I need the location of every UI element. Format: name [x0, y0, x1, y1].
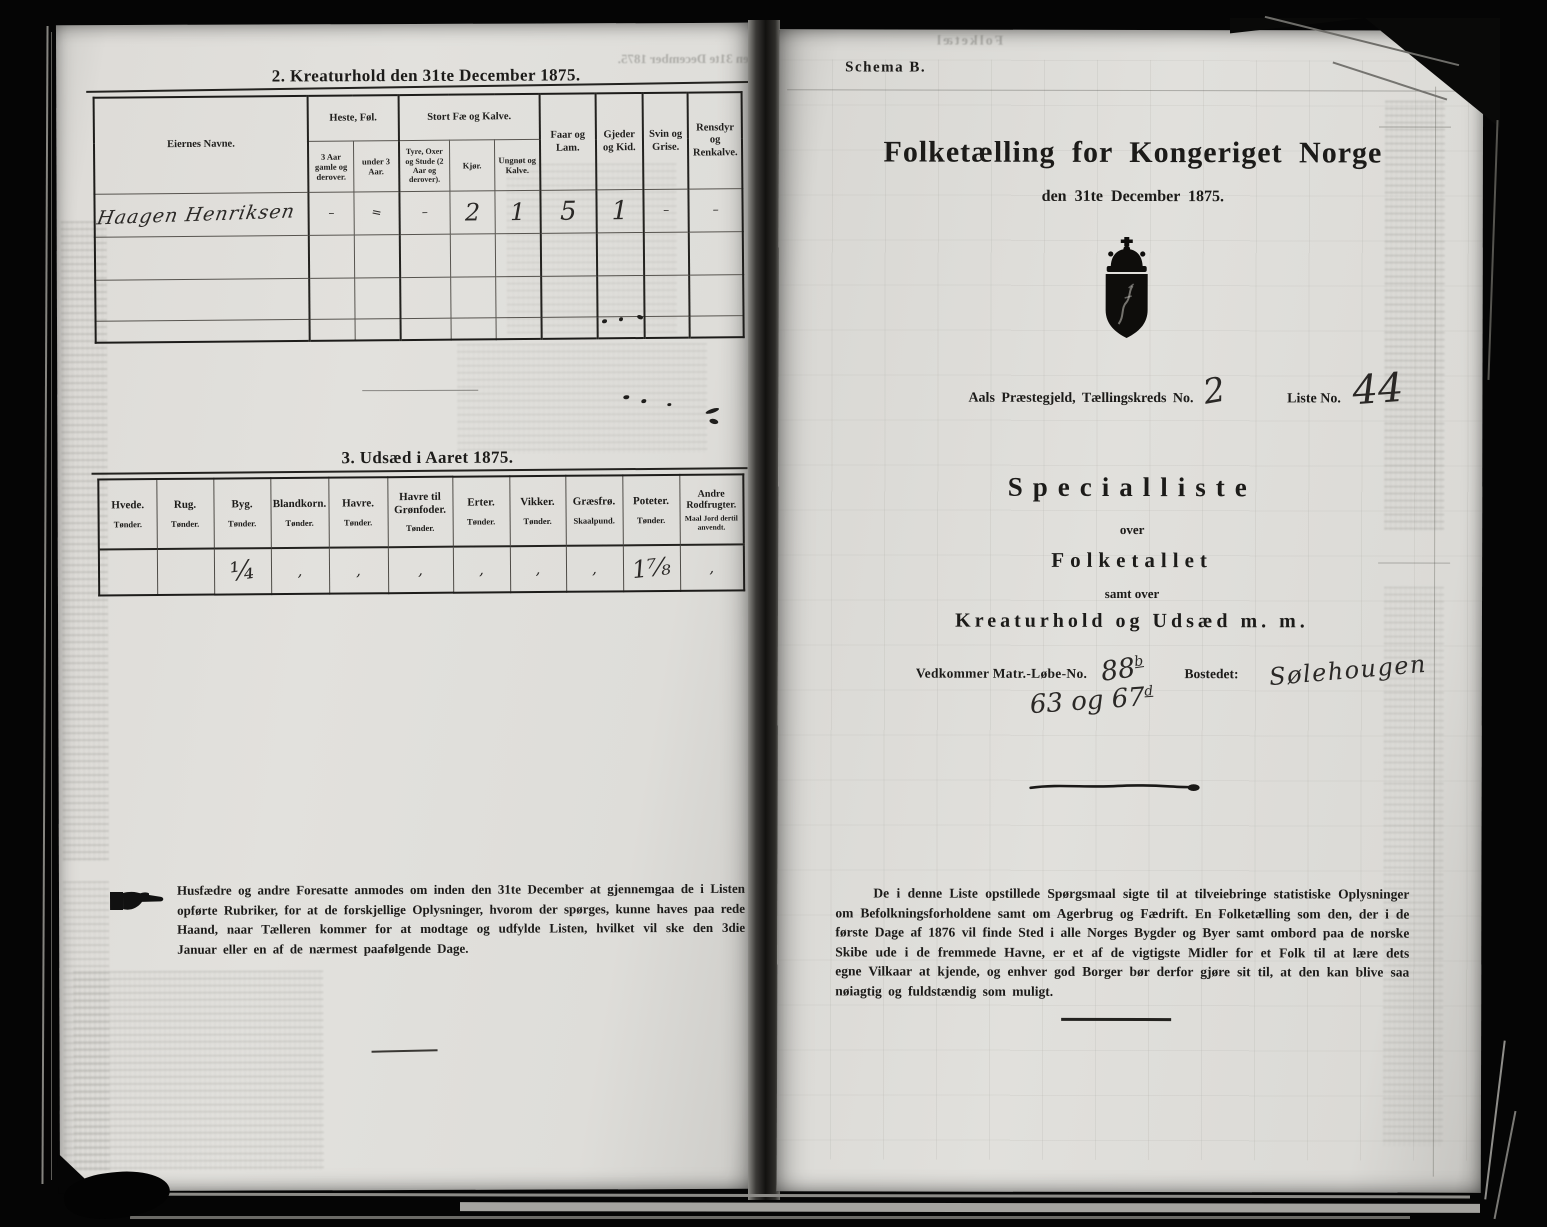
specialliste-kreaturhold: Kreaturhold og Udsæd m. m.	[782, 609, 1482, 633]
value-cell: ,	[566, 545, 623, 591]
value-cell	[99, 549, 157, 595]
value-cell: ,	[388, 547, 453, 594]
specialliste-samt-over: samt over	[782, 585, 1482, 602]
col-vetches: Vikker.Tønder.	[509, 476, 566, 546]
short-rule	[1061, 1018, 1171, 1021]
handwritten-district-number: 2	[1200, 370, 1228, 413]
specialliste-folketallet: Folketallet	[782, 547, 1482, 573]
value-cell: –	[308, 192, 354, 235]
specialliste-heading: Specialliste	[782, 471, 1482, 503]
handwritten-liste-number: 44	[1351, 365, 1405, 414]
col-potatoes: Poteter.Tønder.	[622, 475, 680, 545]
ink-squiggle	[709, 418, 719, 425]
col-header-sheep: Faar og Lam.	[540, 93, 596, 190]
schema-label: Schema B.	[845, 59, 926, 76]
table3-title: 3. Udsæd i Aaret 1875.	[187, 447, 667, 469]
value-cell: ,	[271, 548, 329, 594]
seed-table: Hvede.Tønder. Rug.Tønder. Byg.Tønder. Bl…	[97, 473, 745, 596]
handwritten-flourish	[1028, 778, 1212, 796]
handwritten-bosted: Sølehougen	[1268, 650, 1428, 691]
norway-coat-of-arms	[1099, 236, 1155, 342]
col-group-horses: Heste, Føl.	[308, 95, 399, 141]
page-title: Folketælling for Kongeriget Norge	[783, 135, 1483, 170]
manicule-icon	[109, 885, 165, 917]
table-row	[96, 316, 744, 343]
col-green-fodder-oats: Havre til Grønfoder.Tønder.	[387, 477, 453, 548]
livestock-table: Eiernes Navne. Heste, Føl. Stort Fæ og K…	[93, 91, 745, 344]
col-root-crops: Andre Rodfrugter.Maal Jord dertil anvend…	[679, 474, 744, 545]
col-rye: Rug.Tønder.	[156, 479, 214, 549]
subcol-calves: Ungnøt og Kalve.	[495, 139, 541, 190]
bosted-label: Bostedet:	[1185, 666, 1239, 682]
page-subtitle: den 31te December 1875.	[783, 187, 1483, 206]
col-mixed-grain: Blandkorn.Tønder.	[270, 478, 329, 548]
col-header-goats: Gjeder og Kid.	[595, 93, 643, 190]
value-cell: 1	[596, 189, 644, 232]
vedkommer-line: Vedkommer Matr.-Løbe-No. 88b Bostedet: S…	[916, 654, 1476, 686]
value-cell: ,	[329, 547, 388, 593]
value-cell: 1	[495, 190, 541, 233]
page-stack-edge	[1487, 120, 1498, 380]
value-cell: 2	[450, 191, 496, 234]
subcol-bulls: Tyre, Oxer og Stude (2 Aar og derover).	[399, 140, 450, 191]
value-cell	[157, 549, 214, 595]
book-gutter	[748, 20, 780, 1200]
subcol-cows: Kjør.	[449, 140, 495, 191]
handwritten-owner-name: Haagen Henriksen	[95, 200, 297, 229]
page-stack-edge	[41, 26, 48, 1184]
value-cell: ,	[680, 544, 744, 591]
col-header-reindeer: Rensdyr og Renkalve.	[688, 92, 742, 189]
value-cell: 1⅞	[623, 545, 680, 591]
page-stack-edge	[51, 32, 52, 1180]
bleedthrough-text	[457, 343, 707, 454]
col-oats: Havre.Tønder.	[328, 477, 388, 547]
page-stack-edge	[130, 1216, 1410, 1219]
table-row: Haagen Henriksen – = – 2 1 5 1 – –	[94, 189, 742, 238]
value-cell: –	[689, 189, 743, 232]
subcol-horses-over3: 3 Aar gamle og derover.	[308, 141, 354, 192]
value-cell: 5	[540, 190, 596, 233]
page-stack-edge	[460, 1202, 1480, 1213]
table-row: ¼ , , , , , , 1⅞ ,	[99, 544, 744, 595]
col-header-pigs: Svin og Grise.	[643, 93, 689, 190]
vedkommer-label: Vedkommer Matr.-Løbe-No.	[916, 666, 1087, 682]
ink-speck	[667, 403, 671, 406]
bleedthrough-rule	[1379, 127, 1451, 128]
bleedthrough-title: Folketæl	[803, 33, 1003, 49]
col-wheat: Hvede.Tønder.	[98, 479, 157, 549]
district-prefix: Aals Præstegjeld, Tællingskreds No.	[968, 391, 1193, 407]
col-grass-seed: Græsfrø.Skaalpund.	[565, 475, 623, 545]
value-cell: –	[643, 189, 689, 232]
short-rule	[372, 1049, 438, 1052]
col-barley: Byg.Tønder.	[213, 478, 271, 548]
liste-label: Liste No.	[1287, 391, 1341, 407]
value-cell: ,	[453, 546, 510, 592]
col-peas: Erter.Tønder.	[452, 476, 510, 546]
scanned-census-spread: den 31te December 1875. 2. Kreaturhold d…	[0, 0, 1547, 1227]
table-row	[95, 275, 743, 322]
table-row	[95, 232, 743, 281]
right-page: Folketæl Schema B. Folketælling for Kong…	[777, 29, 1483, 1192]
page-stack-edge	[1494, 1111, 1517, 1219]
district-line: Aals Præstegjeld, Tællingskreds No. 2 Li…	[968, 366, 1468, 413]
ink-speck	[619, 317, 623, 321]
value-cell: ,	[510, 546, 566, 592]
value-cell: =	[354, 192, 400, 235]
owner-name-cell: Haagen Henriksen	[94, 192, 308, 237]
specialliste-over: over	[782, 521, 1482, 538]
col-header-owner: Eiernes Navne.	[94, 96, 309, 194]
col-group-cattle: Stort Fæ og Kalve.	[398, 94, 540, 141]
value-cell: ¼	[214, 548, 271, 594]
explanatory-paragraph: De i denne Liste opstillede Spørgsmaal s…	[835, 883, 1409, 1002]
subcol-horses-under3: under 3 Aar.	[353, 141, 399, 192]
bleedthrough-text	[73, 970, 324, 1171]
footer-instructions: Husfædre og andre Foresatte anmodes om i…	[177, 879, 745, 959]
value-cell: –	[399, 191, 450, 234]
left-page: den 31te December 1875. 2. Kreaturhold d…	[56, 23, 752, 1191]
